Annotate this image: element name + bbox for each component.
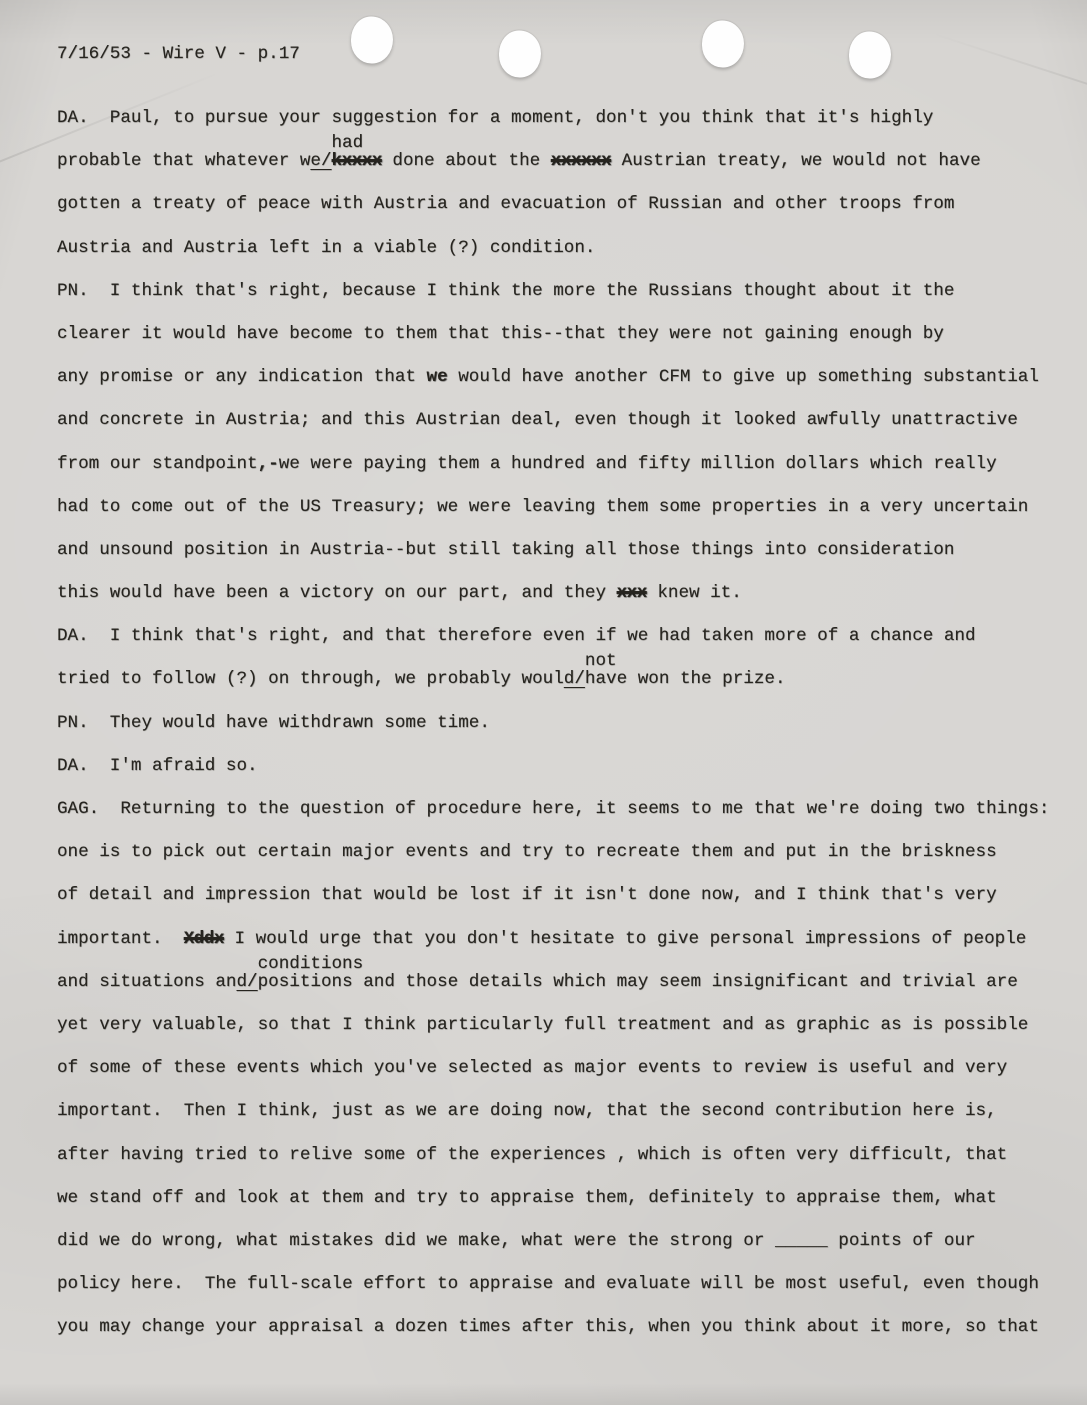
text-line: and unsound position in Austria--but sti… — [57, 529, 1071, 572]
text-line: DA. I'm afraid so. — [57, 745, 1071, 788]
text-segment: one is to pick out certain major events … — [57, 842, 997, 862]
text-line: Austria and Austria left in a viable (?)… — [57, 227, 1071, 270]
text-segment: and unsound position in Austria--but sti… — [57, 540, 954, 560]
text-segment: we stand off and look at them and try to… — [57, 1188, 997, 1208]
text-line: important. Xddx I would urge that you do… — [57, 918, 1071, 961]
text-segment: Austrian treaty, we would not have — [611, 151, 981, 171]
text-segment: tried to follow (?) on through, we proba… — [57, 669, 564, 689]
text-segment: knew it. — [647, 583, 742, 603]
text-segment: had to come out of the US Treasury; we w… — [57, 497, 1028, 517]
text-segment: d/ — [564, 669, 585, 689]
text-segment: of some of these events which you've sel… — [57, 1058, 1007, 1078]
text-segment: from our standpoint — [57, 454, 258, 474]
text-line: PN. I think that's right, because I thin… — [57, 270, 1071, 313]
inserted-text: not — [585, 653, 617, 669]
text-segment: done about the — [382, 151, 551, 171]
text-line: important. Then I think, just as we are … — [57, 1090, 1071, 1133]
text-segment: d/ — [237, 972, 258, 992]
text-segment: you may change your appraisal a dozen ti… — [57, 1317, 1039, 1337]
text-segment: gotten a treaty of peace with Austria an… — [57, 194, 954, 214]
text-segment: PN. I think that's right, because I thin… — [57, 281, 954, 301]
text-segment: have won the prize. — [585, 669, 786, 689]
text-segment: points of our — [828, 1231, 976, 1251]
text-segment: Austria and Austria left in a viable (?)… — [57, 238, 595, 258]
text-segment: DA. I think that's right, and that there… — [57, 626, 976, 646]
text-segment: after having tried to relive some of the… — [57, 1145, 1007, 1165]
text-segment: I would urge that you don't hesitate to … — [224, 929, 1026, 949]
text-line: after having tried to relive some of the… — [57, 1134, 1071, 1177]
strikeout-text: kxxxx — [332, 151, 382, 171]
text-segment: yet very valuable, so that I think parti… — [57, 1015, 1028, 1035]
text-line: of some of these events which you've sel… — [57, 1047, 1071, 1090]
text-segment: important. — [57, 929, 184, 949]
text-segment: e/ — [310, 151, 331, 171]
text-line: from our standpoint,-we were paying them… — [57, 443, 1071, 486]
text-line: of detail and impression that would be l… — [57, 874, 1071, 917]
punch-hole — [849, 32, 891, 79]
text-segment: DA. I'm afraid so. — [57, 756, 258, 776]
paper-sheet: 7/16/53 - Wire V - p.17 DA. Paul, to pur… — [0, 0, 1087, 1405]
text-line: GAG. Returning to the question of proced… — [57, 788, 1071, 831]
text-line: and concrete in Austria; and this Austri… — [57, 399, 1071, 442]
inserted-text: had — [332, 135, 364, 151]
inserted-text: conditions — [258, 956, 364, 972]
text-line: did we do wrong, what mistakes did we ma… — [57, 1220, 1071, 1263]
text-segment: DA. Paul, to pursue your suggestion for … — [57, 108, 933, 128]
text-line: PN. They would have withdrawn some time. — [57, 702, 1071, 745]
text-segment: ,- — [258, 454, 279, 474]
text-segment: _____ — [775, 1231, 828, 1251]
text-segment: and situations an — [57, 972, 237, 992]
text-line: conditionsand situations and/positions a… — [57, 961, 1071, 1004]
text-line: clearer it would have become to them tha… — [57, 313, 1071, 356]
page-header: 7/16/53 - Wire V - p.17 — [57, 44, 300, 64]
text-segment: any promise or any indication that — [57, 367, 427, 387]
text-line: had to come out of the US Treasury; we w… — [57, 486, 1071, 529]
text-line: hadprobable that whatever we/kxxxx done … — [57, 140, 1071, 183]
punch-hole — [499, 31, 541, 78]
paper-crease — [931, 32, 1087, 90]
text-segment: clearer it would have become to them tha… — [57, 324, 944, 344]
text-line: DA. I think that's right, and that there… — [57, 615, 1071, 658]
punch-hole — [702, 21, 744, 68]
strikeout-text: xxx — [617, 583, 647, 603]
text-line: we stand off and look at them and try to… — [57, 1177, 1071, 1220]
text-segment: important. Then I think, just as we are … — [57, 1101, 997, 1121]
text-line: one is to pick out certain major events … — [57, 831, 1071, 874]
punch-hole — [351, 17, 393, 64]
text-segment: of detail and impression that would be l… — [57, 885, 997, 905]
text-line: you may change your appraisal a dozen ti… — [57, 1306, 1071, 1349]
text-line: yet very valuable, so that I think parti… — [57, 1004, 1071, 1047]
text-segment: policy here. The full-scale effort to ap… — [57, 1274, 1039, 1294]
text-segment: GAG. Returning to the question of proced… — [57, 799, 1049, 819]
text-segment: we — [427, 367, 448, 387]
document-body: DA. Paul, to pursue your suggestion for … — [57, 97, 1071, 1349]
text-segment: positions and those details which may se… — [258, 972, 1018, 992]
text-line: nottried to follow (?) on through, we pr… — [57, 658, 1071, 701]
text-segment: we were paying them a hundred and fifty … — [279, 454, 997, 474]
text-segment: and concrete in Austria; and this Austri… — [57, 410, 1018, 430]
text-segment: probable that whatever w — [57, 151, 310, 171]
strikeout-text: xxxxxx — [551, 151, 611, 171]
strikeout-text: Xddx — [184, 929, 224, 949]
text-line: DA. Paul, to pursue your suggestion for … — [57, 97, 1071, 140]
text-line: gotten a treaty of peace with Austria an… — [57, 183, 1071, 226]
text-segment: this would have been a victory on our pa… — [57, 583, 617, 603]
text-segment: PN. They would have withdrawn some time. — [57, 713, 490, 733]
text-line: policy here. The full-scale effort to ap… — [57, 1263, 1071, 1306]
text-line: any promise or any indication that we wo… — [57, 356, 1071, 399]
text-segment: did we do wrong, what mistakes did we ma… — [57, 1231, 775, 1251]
text-segment: would have another CFM to give up someth… — [448, 367, 1039, 387]
text-line: this would have been a victory on our pa… — [57, 572, 1071, 615]
